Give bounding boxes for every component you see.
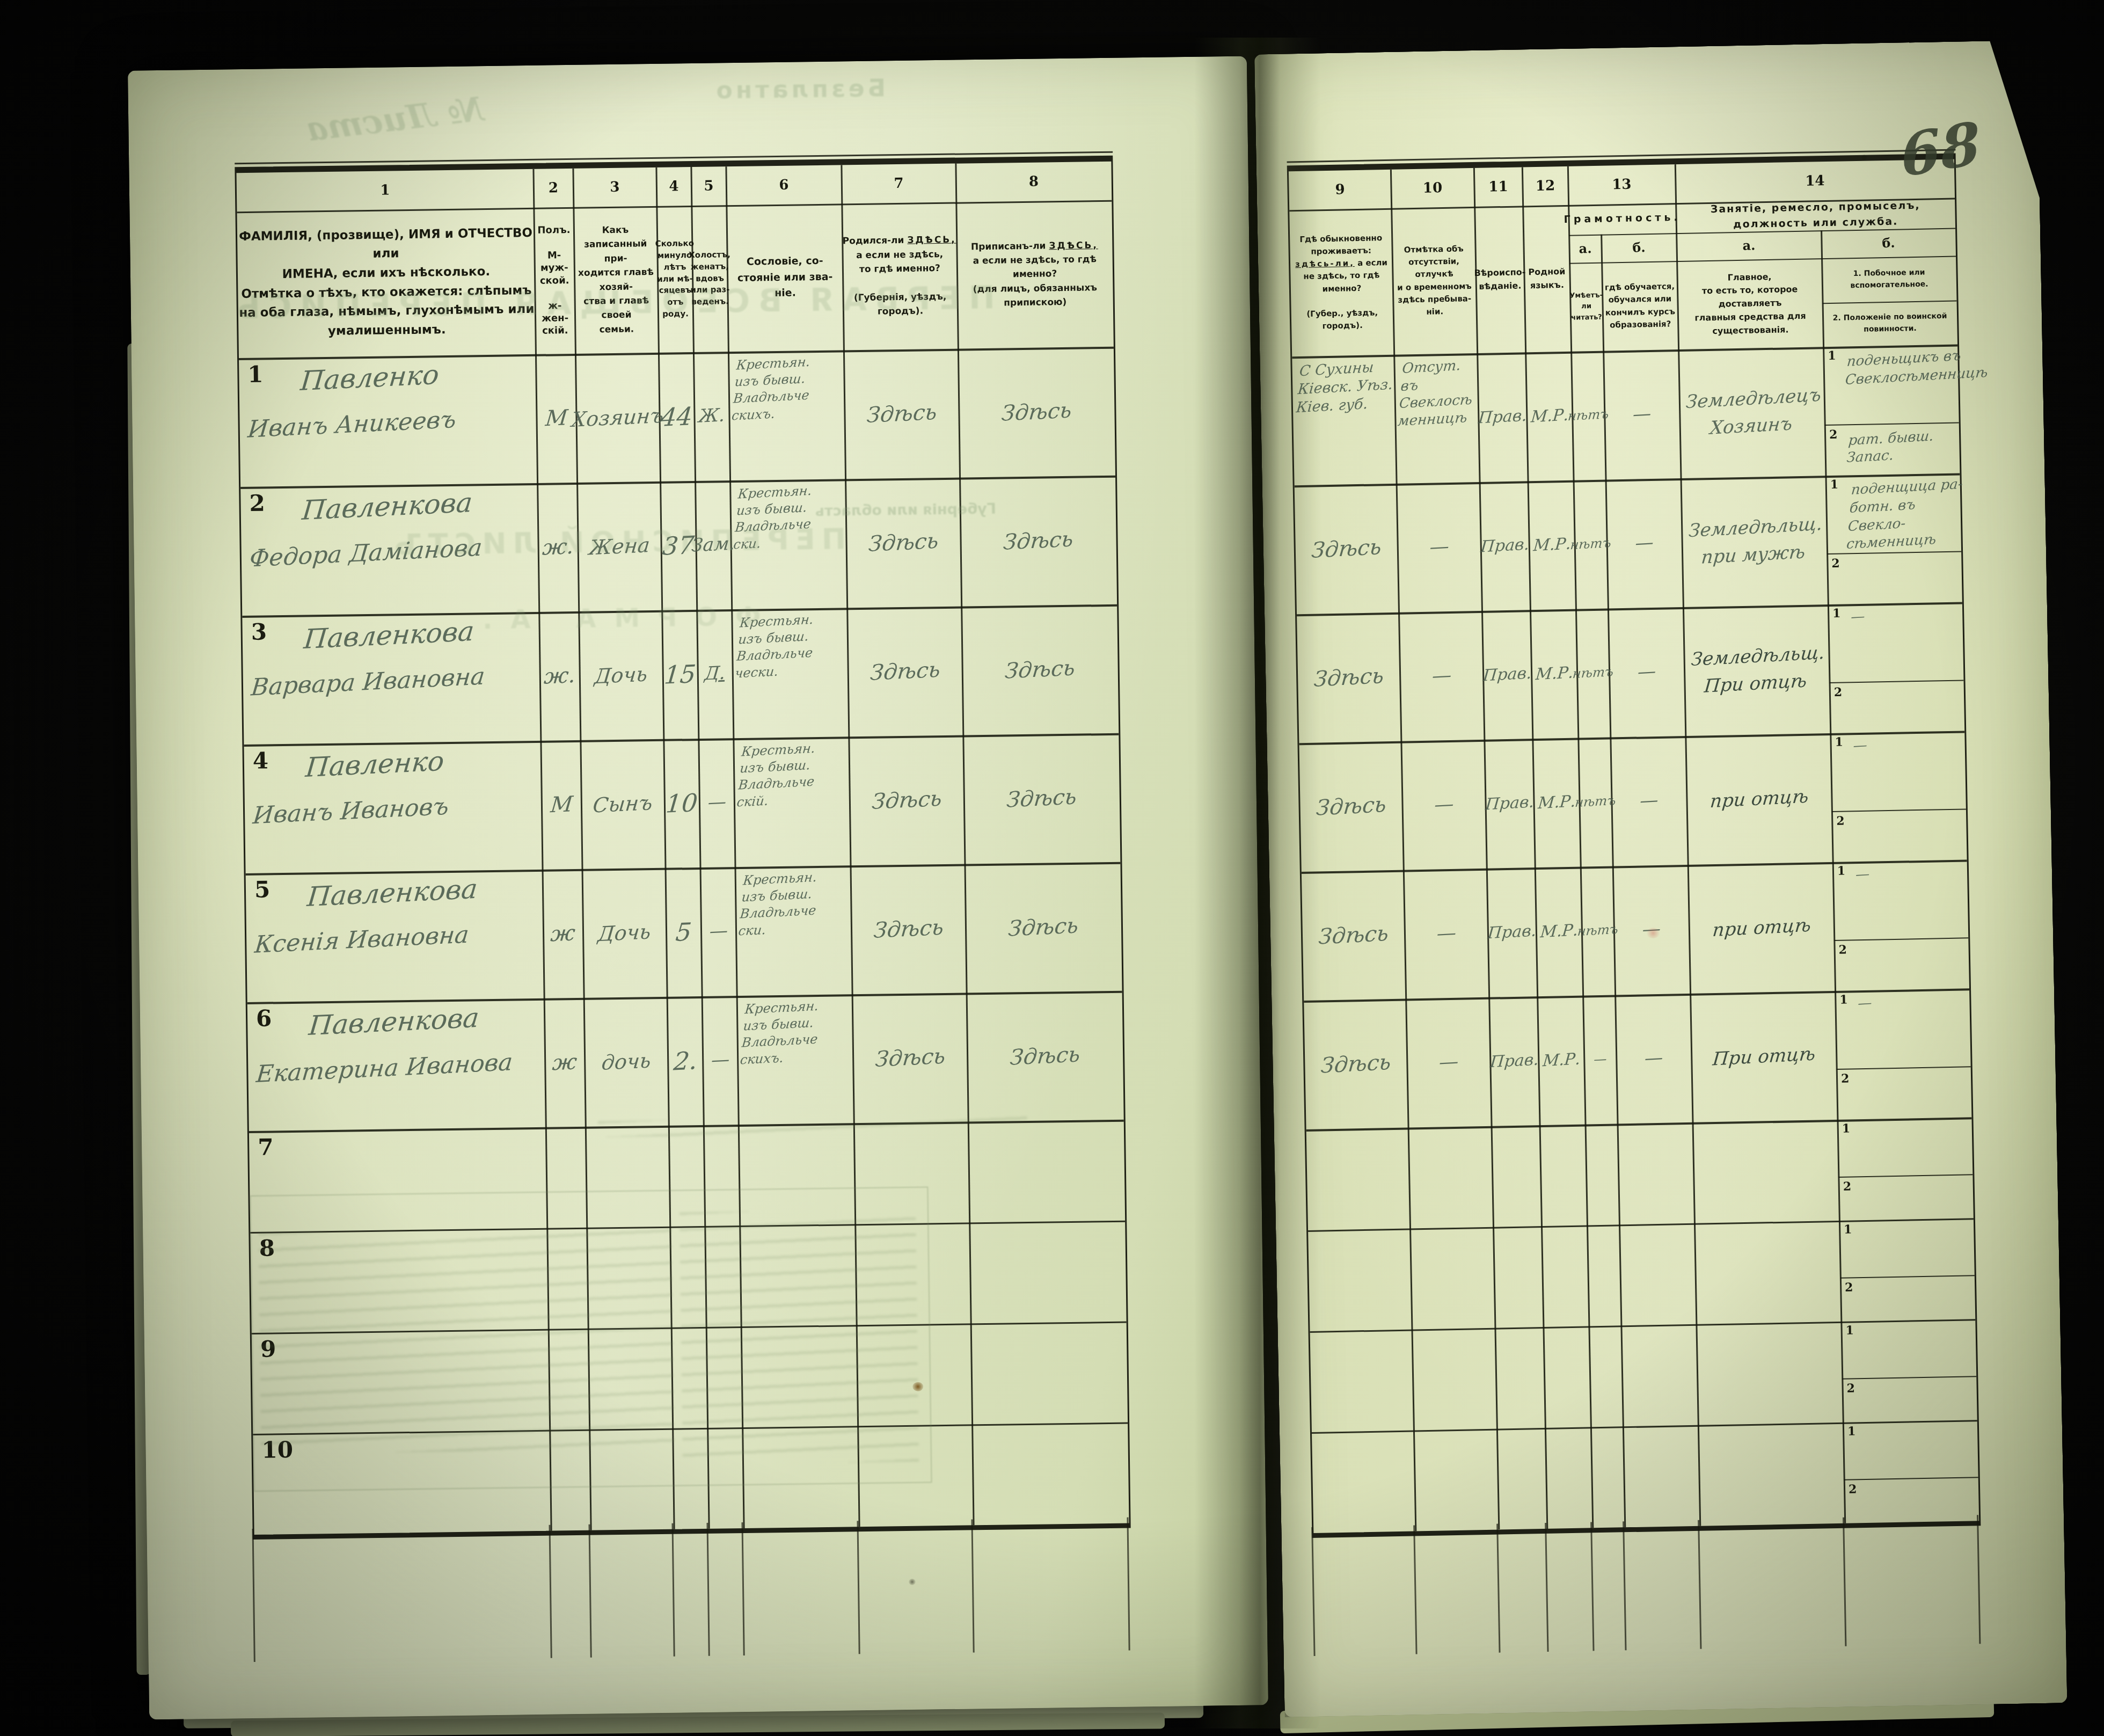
residence-cell: С Сухины Кіевск. Уѣз. Кіев. губ. xyxy=(1292,354,1407,494)
education-cell xyxy=(1619,1223,1696,1326)
column-number: 2 xyxy=(533,169,573,208)
main-occupation-cell: Земледѣльщ. при мужѣ xyxy=(1681,476,1828,607)
column-number: 6 xyxy=(726,165,842,205)
estate-cell: Крестьян. изъ бывш. Владѣльче скій. xyxy=(733,736,861,876)
column-number: 3 xyxy=(573,167,656,207)
absence-note-cell: — xyxy=(1399,611,1484,741)
handwriting: нѣтъ xyxy=(1577,922,1619,939)
faith-cell xyxy=(1497,1428,1547,1530)
scan-background: № Листа Безплатно ПЕРВАЯ ВСЕОБЩАЯ ПЕРЕПИ… xyxy=(0,0,2104,1736)
education-cell: — xyxy=(1610,736,1687,866)
printed-sub-number: 1 xyxy=(1835,735,1843,749)
literacy-reads-cell: нѣтъ xyxy=(1576,609,1610,738)
census-table-right: 9 10 11 12 13 14 Гдѣ обыкновенно прожива… xyxy=(1287,154,1981,1538)
education-cell: — xyxy=(1603,349,1681,480)
handwriting: нѣтъ xyxy=(1572,664,1614,682)
main-occupation-cell xyxy=(1698,1423,1845,1526)
printed-sub-number: 2 xyxy=(1836,814,1845,828)
header-literacy-b-label: б. xyxy=(1601,233,1677,262)
row-number: 4 xyxy=(253,747,269,774)
header-birthplace-column: Родился-ли ЗДѢСЬ, а если не здѣсь, то гд… xyxy=(842,202,958,351)
relation-cell: Дочь xyxy=(582,868,667,998)
line-tail xyxy=(971,1519,974,1652)
row-number: 3 xyxy=(251,618,267,645)
birthplace-cell: Здѣсь xyxy=(847,607,963,737)
handwriting: Прав. xyxy=(1482,663,1532,685)
absence-note-cell: — xyxy=(1404,869,1489,999)
line-tail xyxy=(1590,1522,1594,1651)
handwriting: 15 xyxy=(663,659,697,690)
handwriting: Здѣсь xyxy=(1007,913,1080,942)
education-cell: — xyxy=(1613,865,1690,995)
residence-cell xyxy=(1308,1229,1412,1331)
header-occupation-b1-title: 1. Побочное или вспомогательное. xyxy=(1822,256,1956,303)
side-occupation-sub1: 1 xyxy=(1837,1117,1972,1177)
handwriting: Павленкова xyxy=(301,486,474,527)
age-cell: 10 xyxy=(663,739,700,868)
column-number: 12 xyxy=(1522,166,1568,206)
native-language-cell xyxy=(1542,1225,1589,1327)
literacy-reads-cell xyxy=(1589,1325,1623,1427)
handwriting: Здѣсь xyxy=(1004,655,1076,684)
registration-cell: Здѣсь xyxy=(960,476,1117,607)
absence-note-cell xyxy=(1408,1126,1493,1229)
header-relation-column: Какъ записанный при- ходится главѣ хозяй… xyxy=(573,206,659,354)
education-cell: — xyxy=(1608,607,1685,738)
handwriting: Ж. xyxy=(697,405,726,428)
faith-cell xyxy=(1492,1125,1542,1227)
ghost-form-a: ФОРМА А. xyxy=(435,601,790,636)
handwriting: Павленко xyxy=(299,359,440,398)
left-page: № Листа Безплатно ПЕРВАЯ ВСЕОБЩАЯ ПЕРЕПИ… xyxy=(128,56,1268,1719)
handwriting: Здѣсь xyxy=(1006,784,1078,813)
handwriting: 44 xyxy=(660,401,694,433)
header-estate-column: Сословіе, со- стояніе или зва- ніе. xyxy=(726,203,844,352)
military-status-sub2: 2 xyxy=(1840,1276,1975,1322)
handwriting: Хозяинъ xyxy=(571,403,665,433)
side-occupation-sub1: 1— xyxy=(1830,731,1966,811)
paper-stain xyxy=(909,1579,916,1585)
person-row-name-cell: 6ПавленковаЕкатерина Иванова xyxy=(247,998,546,1131)
line-tail xyxy=(741,1522,744,1655)
line-tail xyxy=(671,1523,675,1657)
faith-cell: Прав. xyxy=(1489,996,1539,1126)
military-status-sub2: 2 xyxy=(1842,1377,1977,1423)
handwriting: при отцѣ xyxy=(1711,911,1812,944)
side-occupation-sub1: 1— xyxy=(1828,602,1964,682)
handwriting: Варвара Ивановна xyxy=(250,662,486,703)
absence-note-cell xyxy=(1414,1429,1499,1531)
registration-cell: Здѣсь xyxy=(963,733,1120,864)
handwriting: — xyxy=(1850,608,1866,626)
line-tail xyxy=(706,1523,710,1656)
military-status-sub2: 2рат. бывш. Запас. xyxy=(1825,424,1960,476)
faith-cell: Прав. xyxy=(1477,352,1528,482)
handwriting: Отсут. въ Свеклосѣ менницѣ xyxy=(1397,356,1476,430)
printed-sub-number: 2 xyxy=(1834,685,1843,699)
printed-sub-number: 1 xyxy=(1844,1222,1852,1236)
line-tail xyxy=(1545,1523,1548,1652)
ghost-sheet-number: № Листа xyxy=(304,89,486,149)
handwriting: М.Р. xyxy=(1537,792,1576,813)
printed-sub-number: 2 xyxy=(1841,1071,1850,1085)
handwriting: — xyxy=(1632,403,1652,426)
side-occupation-cell: 1—2 xyxy=(1833,859,1969,991)
sex-cell: М xyxy=(536,354,577,483)
printed-sub-number: 1 xyxy=(1839,993,1848,1007)
native-language-cell xyxy=(1545,1427,1592,1529)
printed-sub-number: 2 xyxy=(1843,1179,1852,1193)
printed-sub-number: 1 xyxy=(1830,478,1839,492)
handwriting: Крестьян. изъ бывш. Владѣльче скій. xyxy=(736,740,818,811)
literacy-reads-cell xyxy=(1586,1124,1619,1225)
printed-sub-number: 2 xyxy=(1831,557,1840,571)
residence-cell xyxy=(1306,1128,1410,1230)
handwriting: М xyxy=(544,405,569,432)
handwriting: Ксенія Ивановна xyxy=(253,921,470,960)
handwriting: ж xyxy=(550,920,576,947)
absence-note-cell xyxy=(1410,1227,1495,1330)
handwriting: Прав. xyxy=(1489,1050,1539,1072)
printed-sub-number: 1 xyxy=(1832,607,1841,621)
handwriting: Иванъ Ивановъ xyxy=(252,792,450,830)
printed-sub-number: 1 xyxy=(1837,864,1846,878)
handwriting: — xyxy=(1857,994,1873,1013)
handwriting: — xyxy=(1593,1052,1608,1068)
native-language-cell: М.Р. xyxy=(1530,609,1578,739)
line-tail xyxy=(1496,1524,1500,1653)
printed-sub-number: 2 xyxy=(1829,428,1838,442)
literacy-reads-cell: нѣтъ xyxy=(1578,738,1612,867)
header-occupation-a-label: а. xyxy=(1676,230,1822,261)
row-number: 7 xyxy=(258,1134,274,1160)
age-cell: 2. xyxy=(667,996,704,1126)
handwriting: При отцѣ xyxy=(1711,1040,1816,1073)
residence-cell xyxy=(1312,1430,1415,1533)
estate-cell: Крестьян. изъ бывш. Владѣльче скихъ. xyxy=(728,350,856,489)
estate-cell: Крестьян. изъ бывш. Владѣльче ски. xyxy=(735,865,863,1004)
side-occupation-cell: 1—2 xyxy=(1835,988,1971,1120)
handwriting: Здѣсь xyxy=(1313,663,1385,693)
native-language-cell: М.Р. xyxy=(1537,996,1585,1126)
page-number: 68 xyxy=(1898,109,1983,191)
registration-cell xyxy=(969,1221,1126,1324)
relation-cell: Сынъ xyxy=(580,739,665,869)
column-number: 11 xyxy=(1474,167,1523,207)
handwriting: Здѣсь xyxy=(872,914,945,944)
handwriting: Здѣсь xyxy=(866,399,938,428)
handwriting: Иванъ Аникеевъ xyxy=(246,405,457,444)
handwriting: Здѣсь xyxy=(1311,534,1383,564)
handwriting: М.Р. xyxy=(1542,1049,1581,1071)
printed-sub-number: 2 xyxy=(1838,943,1847,957)
ghost-paragraph xyxy=(258,1228,674,1454)
side-occupation-cell: 12 xyxy=(1839,1218,1975,1322)
registration-cell: Здѣсь xyxy=(958,347,1115,478)
handwriting: нѣтъ xyxy=(1567,407,1610,425)
absence-note-cell: — xyxy=(1406,997,1491,1128)
header-occupation-a-title: Главное, то есть то, которое доставляетъ… xyxy=(1677,258,1823,349)
handwriting: Здѣсь xyxy=(1002,526,1075,556)
main-occupation-cell xyxy=(1696,1322,1843,1425)
literacy-reads-cell: — xyxy=(1583,995,1617,1124)
handwriting: при отцѣ xyxy=(1709,783,1810,815)
faith-cell: Прав. xyxy=(1480,481,1530,611)
literacy-reads-cell: нѣтъ xyxy=(1571,351,1605,480)
literacy-reads-cell: нѣтъ xyxy=(1574,480,1608,609)
line-tail xyxy=(589,1525,592,1658)
native-language-cell xyxy=(1540,1125,1587,1227)
handwriting: Прав. xyxy=(1487,921,1537,943)
header-name-column: ФАМИЛІЯ, (прозвище), ИМЯ и ОТЧЕСТВО или … xyxy=(237,208,536,358)
handwriting: — xyxy=(1855,865,1871,884)
header-age-column: Сколько минуло лѣтъ или мѣ- сяцевъ отъ р… xyxy=(656,206,693,353)
handwriting: М.Р. xyxy=(1535,663,1574,684)
side-occupation-cell: 12 xyxy=(1843,1420,1979,1523)
handwriting: — xyxy=(706,791,727,814)
education-cell: — xyxy=(1615,994,1692,1124)
handwriting: М.Р. xyxy=(1539,921,1579,942)
side-occupation-sub1: 1 xyxy=(1841,1319,1976,1378)
side-occupation-sub1: 1 xyxy=(1839,1218,1975,1278)
side-occupation-sub1: 1поденщица ра- ботн. въ Свекло- сѣменниц… xyxy=(1825,473,1961,554)
estate-cell: Крестьян. изъ бывш. Владѣльче скихъ. xyxy=(737,994,865,1133)
side-occupation-cell: 12 xyxy=(1837,1117,1973,1221)
residence-cell xyxy=(1310,1329,1414,1432)
military-status-sub2: 2 xyxy=(1832,809,1967,862)
side-occupation-sub1: 1— xyxy=(1835,988,1971,1069)
header-faith-column: Вѣроиспо- вѣданіе. xyxy=(1474,206,1525,353)
handwriting: Здѣсь xyxy=(1000,397,1073,427)
handwriting: 10 xyxy=(664,787,699,819)
military-status-sub2: 2 xyxy=(1827,552,1962,604)
handwriting: — xyxy=(1436,921,1457,946)
handwriting: Дочь xyxy=(594,661,649,689)
handwriting: Крестьян. изъ бывш. Владѣльче скихъ. xyxy=(731,354,813,425)
military-status-sub2: 2 xyxy=(1834,938,1969,991)
military-status-sub2: 2 xyxy=(1844,1478,1979,1523)
marital-status-cell: — xyxy=(698,738,735,867)
handwriting: Крестьян. изъ бывш. Владѣльче скихъ. xyxy=(740,998,822,1069)
relation-cell: Хозяинъ xyxy=(575,353,660,483)
handwriting: — xyxy=(710,1049,730,1072)
native-language-cell: М.Р. xyxy=(1535,867,1583,997)
column-number: 7 xyxy=(841,164,956,204)
absence-note-cell: — xyxy=(1397,482,1482,612)
row-number: 6 xyxy=(256,1005,272,1031)
line-tail xyxy=(1843,1518,1846,1646)
handwriting: Здѣсь xyxy=(869,657,941,686)
line-tail xyxy=(1127,1518,1130,1651)
birthplace-cell: Здѣсь xyxy=(844,349,960,479)
column-number: 5 xyxy=(691,166,726,206)
handwriting: нѣтъ xyxy=(1574,793,1617,811)
column-number: 8 xyxy=(955,162,1112,202)
handwriting: — xyxy=(1852,736,1868,755)
handwriting: Павленко xyxy=(304,745,445,784)
sex-cell: ж xyxy=(543,869,584,998)
row-number: 2 xyxy=(249,490,265,516)
printed-sub-number: 2 xyxy=(1846,1381,1855,1395)
handwriting: нѣтъ xyxy=(1569,535,1612,553)
row-number: 1 xyxy=(247,361,264,388)
marital-status-cell: — xyxy=(700,867,737,996)
main-occupation-cell: При отцѣ xyxy=(1690,991,1837,1122)
registration-cell xyxy=(968,1120,1125,1223)
main-occupation-cell xyxy=(1693,1120,1839,1223)
faith-cell xyxy=(1495,1327,1545,1429)
side-occupation-cell: 1поденьщикъ въ Свеклосѣменницѣ2рат. бывш… xyxy=(1823,345,1960,476)
column-number: 13 xyxy=(1568,164,1676,205)
header-registration-column: Приписанъ-ли ЗДѢСЬ, а если не здѣсь, то … xyxy=(956,200,1114,349)
printed-sub-number: 1 xyxy=(1828,349,1836,363)
handwriting: Дочь xyxy=(597,919,652,946)
handwriting: ж. xyxy=(543,662,576,690)
education-cell xyxy=(1623,1425,1700,1528)
marital-status-cell: — xyxy=(702,996,739,1125)
military-status-sub2: 2 xyxy=(1838,1175,1973,1221)
side-occupation-sub1: 1 xyxy=(1843,1420,1978,1479)
relation-cell: дочь xyxy=(584,997,669,1127)
main-occupation-cell: Земледѣльщ. При отцѣ xyxy=(1683,604,1830,736)
handwriting: рат. бывш. Запас. xyxy=(1846,427,1961,467)
handwriting: Здѣсь xyxy=(1318,920,1390,950)
line-tail xyxy=(1311,1527,1315,1656)
sex-cell: М xyxy=(540,740,582,870)
side-occupation-cell: 1поденщица ра- ботн. въ Свекло- сѣменниц… xyxy=(1825,473,1962,605)
person-row-name-cell: 5ПавленковаКсенія Ивановна xyxy=(246,870,544,1002)
handwriting: дочь xyxy=(601,1048,652,1075)
main-occupation-cell xyxy=(1694,1221,1841,1324)
column-number: 10 xyxy=(1391,168,1474,208)
education-cell: — xyxy=(1606,478,1683,609)
handwriting: — xyxy=(1634,532,1655,555)
side-occupation-sub1: 1поденьщикъ въ Свеклосѣменницѣ xyxy=(1823,345,1959,425)
handwriting: — xyxy=(1431,663,1452,688)
ghost-paragraph xyxy=(680,1209,919,1465)
column-number: 1 xyxy=(236,169,534,211)
handwriting: 2. xyxy=(672,1045,698,1076)
handwriting: 5 xyxy=(674,917,693,948)
handwriting: Крестьян. изъ бывш. Владѣльче ски. xyxy=(737,869,820,940)
line-tail xyxy=(1623,1521,1626,1650)
column-number: 9 xyxy=(1289,170,1391,210)
literacy-reads-cell: нѣтъ xyxy=(1581,866,1615,995)
residence-cell: Здѣсь xyxy=(1304,999,1408,1129)
handwriting: М xyxy=(549,791,574,819)
military-status-sub2: 2 xyxy=(1830,681,1965,733)
handwriting: Земледѣлецъ Хозяинъ xyxy=(1682,382,1822,443)
header-literacy-group: Грамотность. xyxy=(1568,203,1676,235)
registration-cell: Здѣсь xyxy=(965,862,1122,993)
faith-cell: Прав. xyxy=(1487,867,1537,997)
registration-cell xyxy=(972,1423,1129,1526)
handwriting: — xyxy=(1428,535,1450,559)
handwriting: Здѣсь xyxy=(1009,1041,1082,1071)
handwriting: Земледѣльщ. При отцѣ xyxy=(1687,639,1826,701)
header-occupation-b-label: б. xyxy=(1821,228,1956,259)
absence-note-cell: — xyxy=(1401,740,1486,870)
native-language-cell xyxy=(1543,1326,1590,1428)
literacy-reads-cell xyxy=(1587,1224,1621,1326)
handwriting: Земледѣльщ. при мужѣ xyxy=(1685,510,1824,572)
person-row-name-cell: 4ПавленкоИванъ Ивановъ xyxy=(244,741,542,873)
handwriting: Здѣсь xyxy=(874,1043,946,1073)
header-absence-column: Отмѣтка объ отсутствіи, отлучкѣ и о врем… xyxy=(1391,207,1477,355)
faith-cell: Прав. xyxy=(1482,610,1532,740)
birthplace-cell: Здѣсь xyxy=(849,735,965,866)
handwriting: — xyxy=(1639,790,1660,813)
handwriting: — xyxy=(1643,1047,1664,1070)
absence-note-cell: Отсут. въ Свеклосѣ менницѣ xyxy=(1394,353,1491,492)
handwriting: поденьщикъ въ Свеклосѣменницѣ xyxy=(1844,346,1990,390)
right-page: 68 9 10 11 12 13 14 Гдѣ обыкновенно прож… xyxy=(1254,40,2068,1717)
side-occupation-sub1: 1— xyxy=(1833,859,1969,940)
absence-note-cell xyxy=(1412,1328,1496,1431)
literacy-reads-cell xyxy=(1591,1426,1625,1528)
line-tail xyxy=(1977,1515,1981,1644)
header-residence-column: Гдѣ обыкновенно проживаетъ: здѣсь-ли, а … xyxy=(1289,208,1394,356)
handwriting: Прав. xyxy=(1485,792,1535,814)
handwriting: Екатерина Иванова xyxy=(255,1048,514,1089)
education-cell xyxy=(1621,1324,1698,1427)
handwriting: М.Р. xyxy=(1530,405,1569,427)
birthplace-cell: Здѣсь xyxy=(850,864,966,994)
column-line-tails xyxy=(1254,40,2037,55)
handwriting: Д. xyxy=(704,662,726,685)
handwriting: Сынъ xyxy=(592,790,654,818)
residence-cell: Здѣсь xyxy=(1295,484,1399,614)
handwriting: — xyxy=(1637,661,1657,684)
native-language-cell: М.Р. xyxy=(1525,352,1573,482)
header-occupation-b2-title: 2. Положеніе по воинской повинности. xyxy=(1823,301,1957,347)
handwriting: — xyxy=(708,920,729,943)
side-occupation-cell: 12 xyxy=(1841,1319,1977,1423)
side-occupation-cell: 1—2 xyxy=(1830,731,1967,862)
handwriting: Павленкова xyxy=(306,873,479,914)
row-number: 5 xyxy=(254,876,271,902)
printed-sub-number: 1 xyxy=(1845,1323,1854,1337)
handwriting: Здѣсь xyxy=(1315,792,1387,822)
main-occupation-cell: при отцѣ xyxy=(1688,862,1835,994)
registration-cell xyxy=(971,1322,1128,1425)
header-literacy-b-title: гдѣ обучается, обучался или кончилъ курс… xyxy=(1602,261,1678,351)
ghost-gub-label: Губернія или область xyxy=(815,501,996,520)
sex-cell: ж xyxy=(544,998,586,1127)
military-status-sub2: 2 xyxy=(1837,1067,1972,1120)
handwriting: ж xyxy=(551,1049,578,1076)
header-literacy-a-label: а. xyxy=(1569,235,1602,263)
line-tail xyxy=(857,1521,860,1654)
handwriting: Здѣсь xyxy=(1320,1049,1392,1079)
person-row-name-cell: 1ПавленкоИванъ Аникеевъ xyxy=(239,354,537,487)
age-cell: 44 xyxy=(659,352,695,482)
header-sex-column: Полъ. М-муж- ской. ж-жен- скій. xyxy=(534,207,575,354)
handwriting: Павленкова xyxy=(308,1002,481,1042)
education-cell xyxy=(1618,1122,1694,1225)
header-marital-column: Холостъ, женатъ, вдовъ или раз- веденъ. xyxy=(691,205,728,352)
native-language-cell: М.Р. xyxy=(1528,480,1576,610)
marital-status-cell: Ж. xyxy=(693,352,730,481)
main-occupation-cell: при отцѣ xyxy=(1685,733,1832,865)
handwriting: поденщица ра- ботн. въ Свекло- сѣменницѣ xyxy=(1846,476,1964,554)
residence-cell: Здѣсь xyxy=(1297,612,1401,743)
handwriting: М.Р. xyxy=(1532,534,1572,556)
printed-sub-number: 2 xyxy=(1845,1280,1853,1294)
column-number: 4 xyxy=(656,167,691,206)
line-tail xyxy=(549,1525,552,1658)
line-tail xyxy=(252,1529,255,1662)
